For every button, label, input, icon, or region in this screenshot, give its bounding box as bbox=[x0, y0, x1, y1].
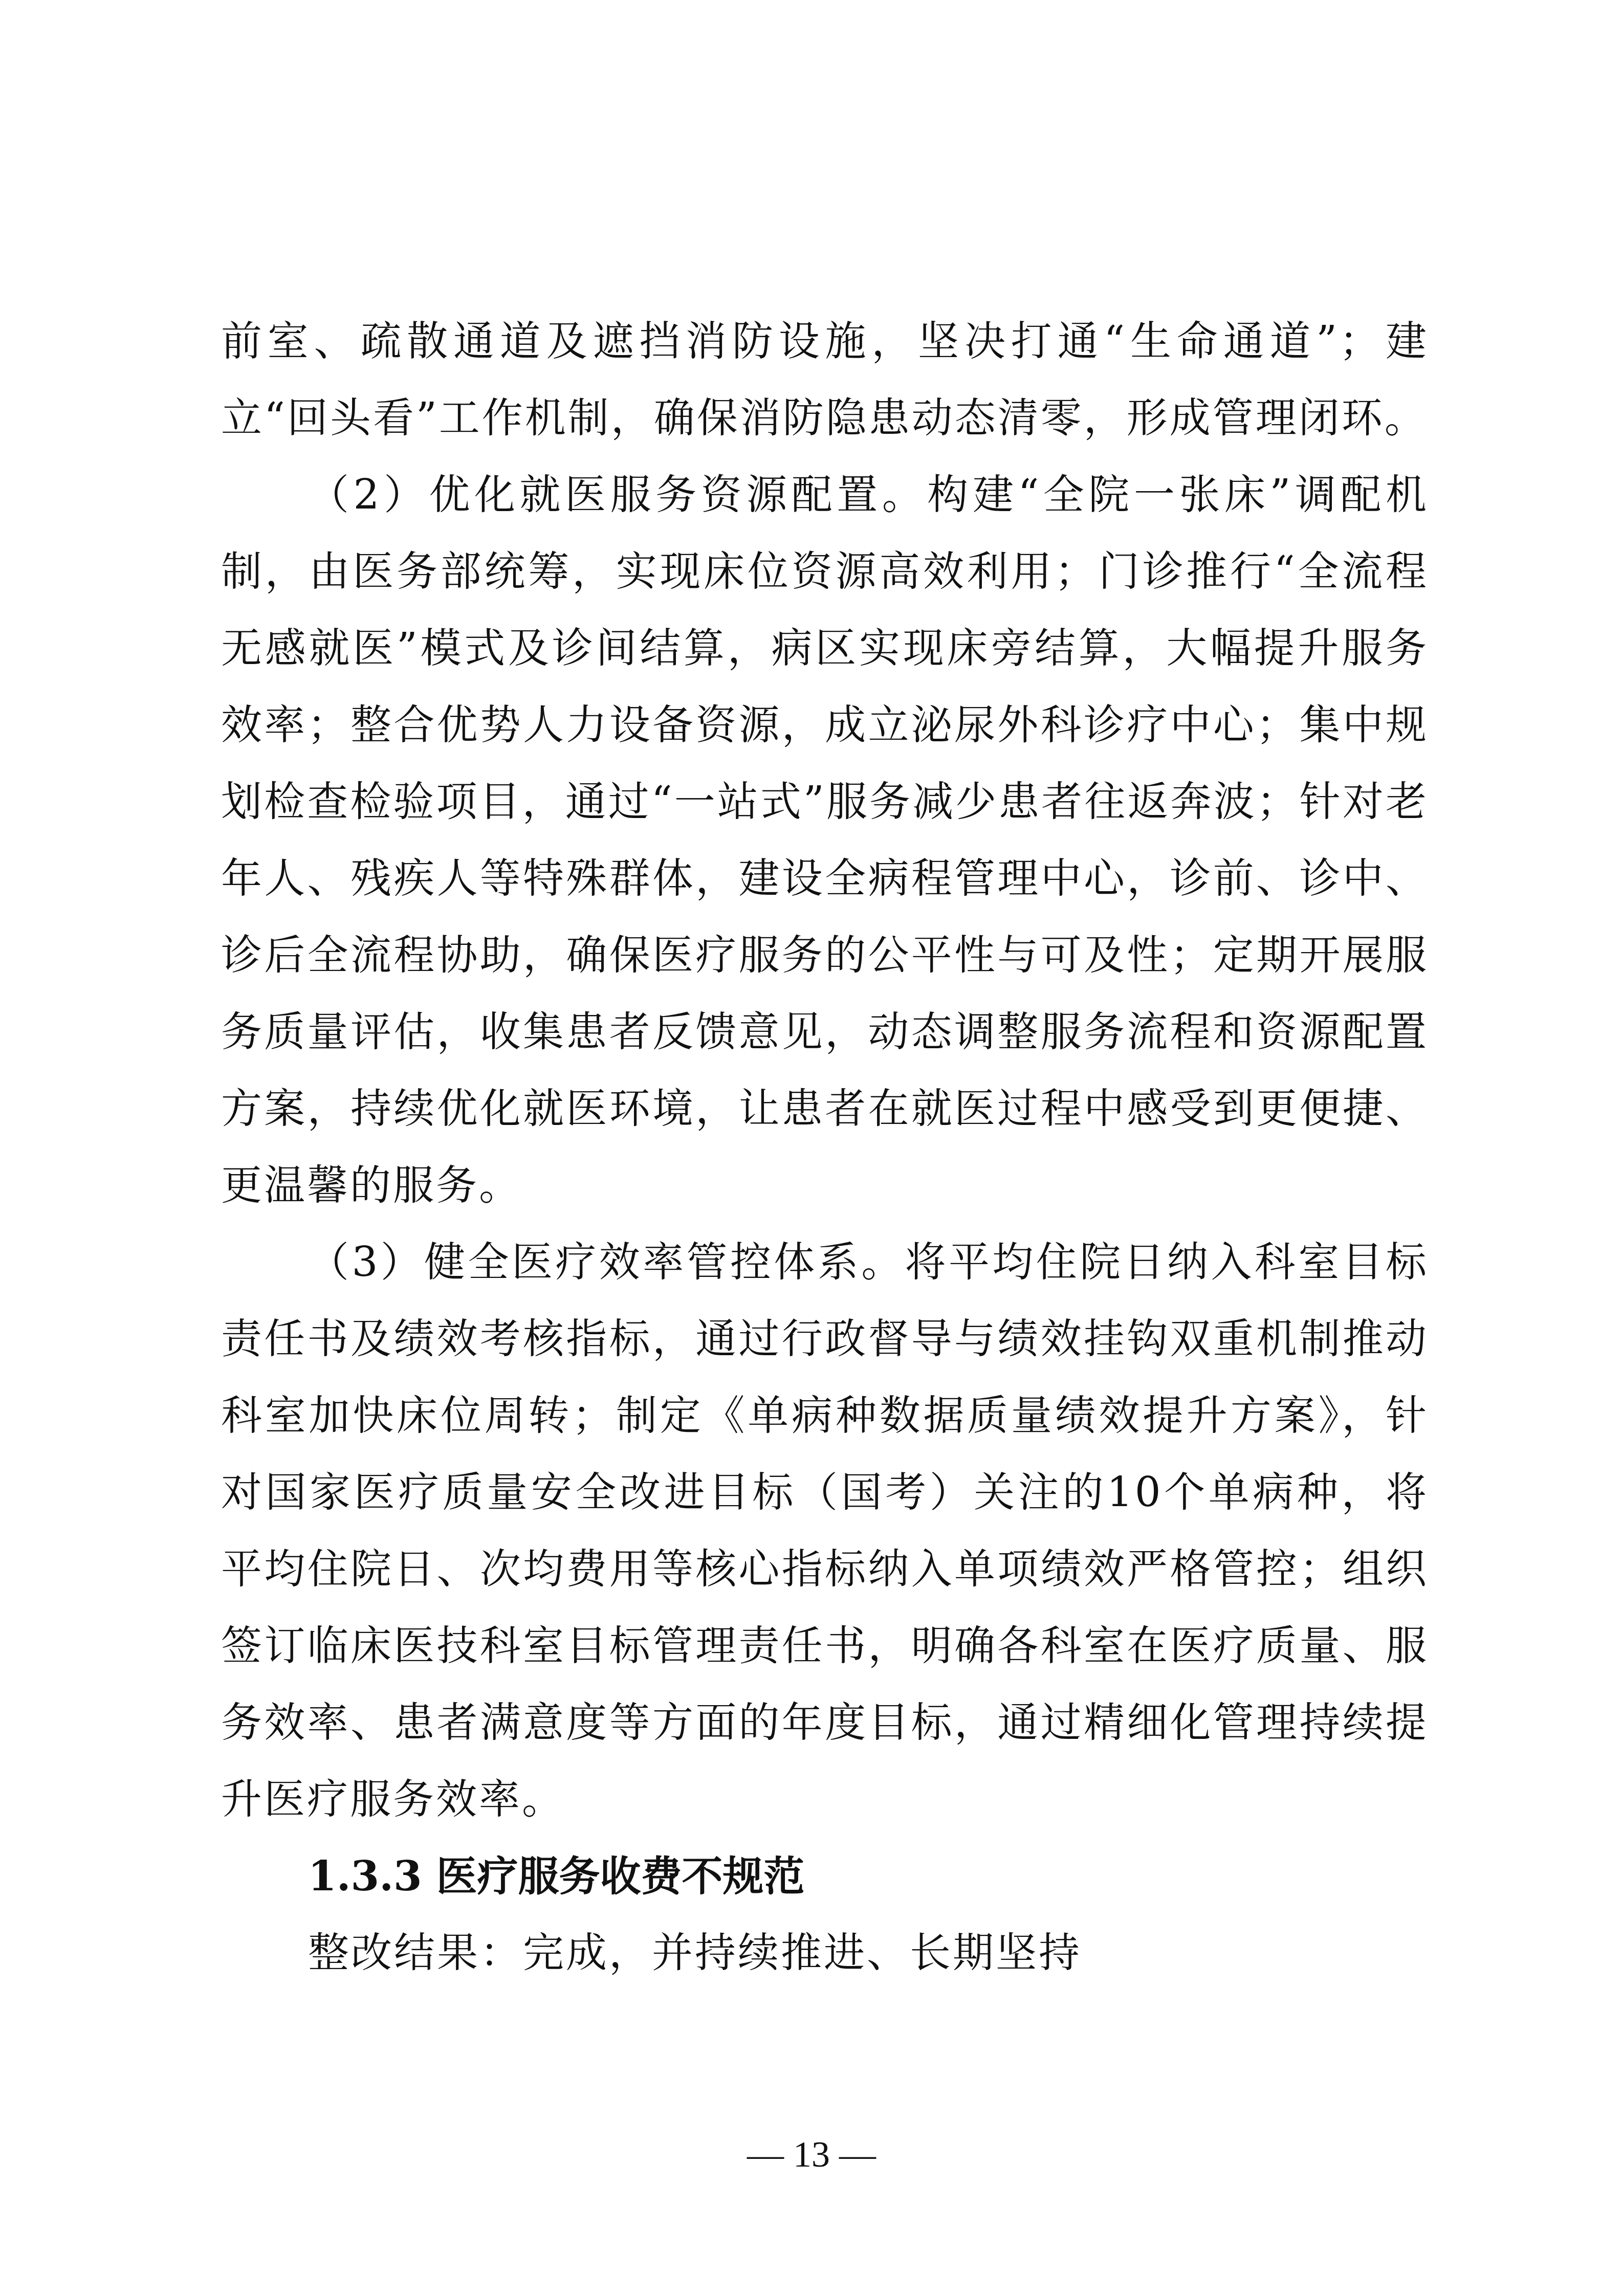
paragraph-resource-allocation: （2）优化就医服务资源配置。构建“全院一张床”调配机制，由医务部统筹，实现床位资… bbox=[221, 456, 1429, 1224]
section-heading: 1.3.3 医疗服务收费不规范 bbox=[221, 1838, 1429, 1914]
rectification-result: 整改结果：完成，并持续推进、长期坚持 bbox=[221, 1914, 1429, 1991]
page-number: — 13 — bbox=[0, 2133, 1623, 2176]
paragraph-efficiency-control: （3）健全医疗效率管控体系。将平均住院日纳入科室目标责任书及绩效考核指标，通过行… bbox=[221, 1224, 1429, 1838]
paragraph-fire-safety: 前室、疏散通道及遮挡消防设施，坚决打通“生命通道”；建立“回头看”工作机制，确保… bbox=[221, 303, 1429, 456]
document-body: 前室、疏散通道及遮挡消防设施，坚决打通“生命通道”；建立“回头看”工作机制，确保… bbox=[221, 303, 1429, 1991]
